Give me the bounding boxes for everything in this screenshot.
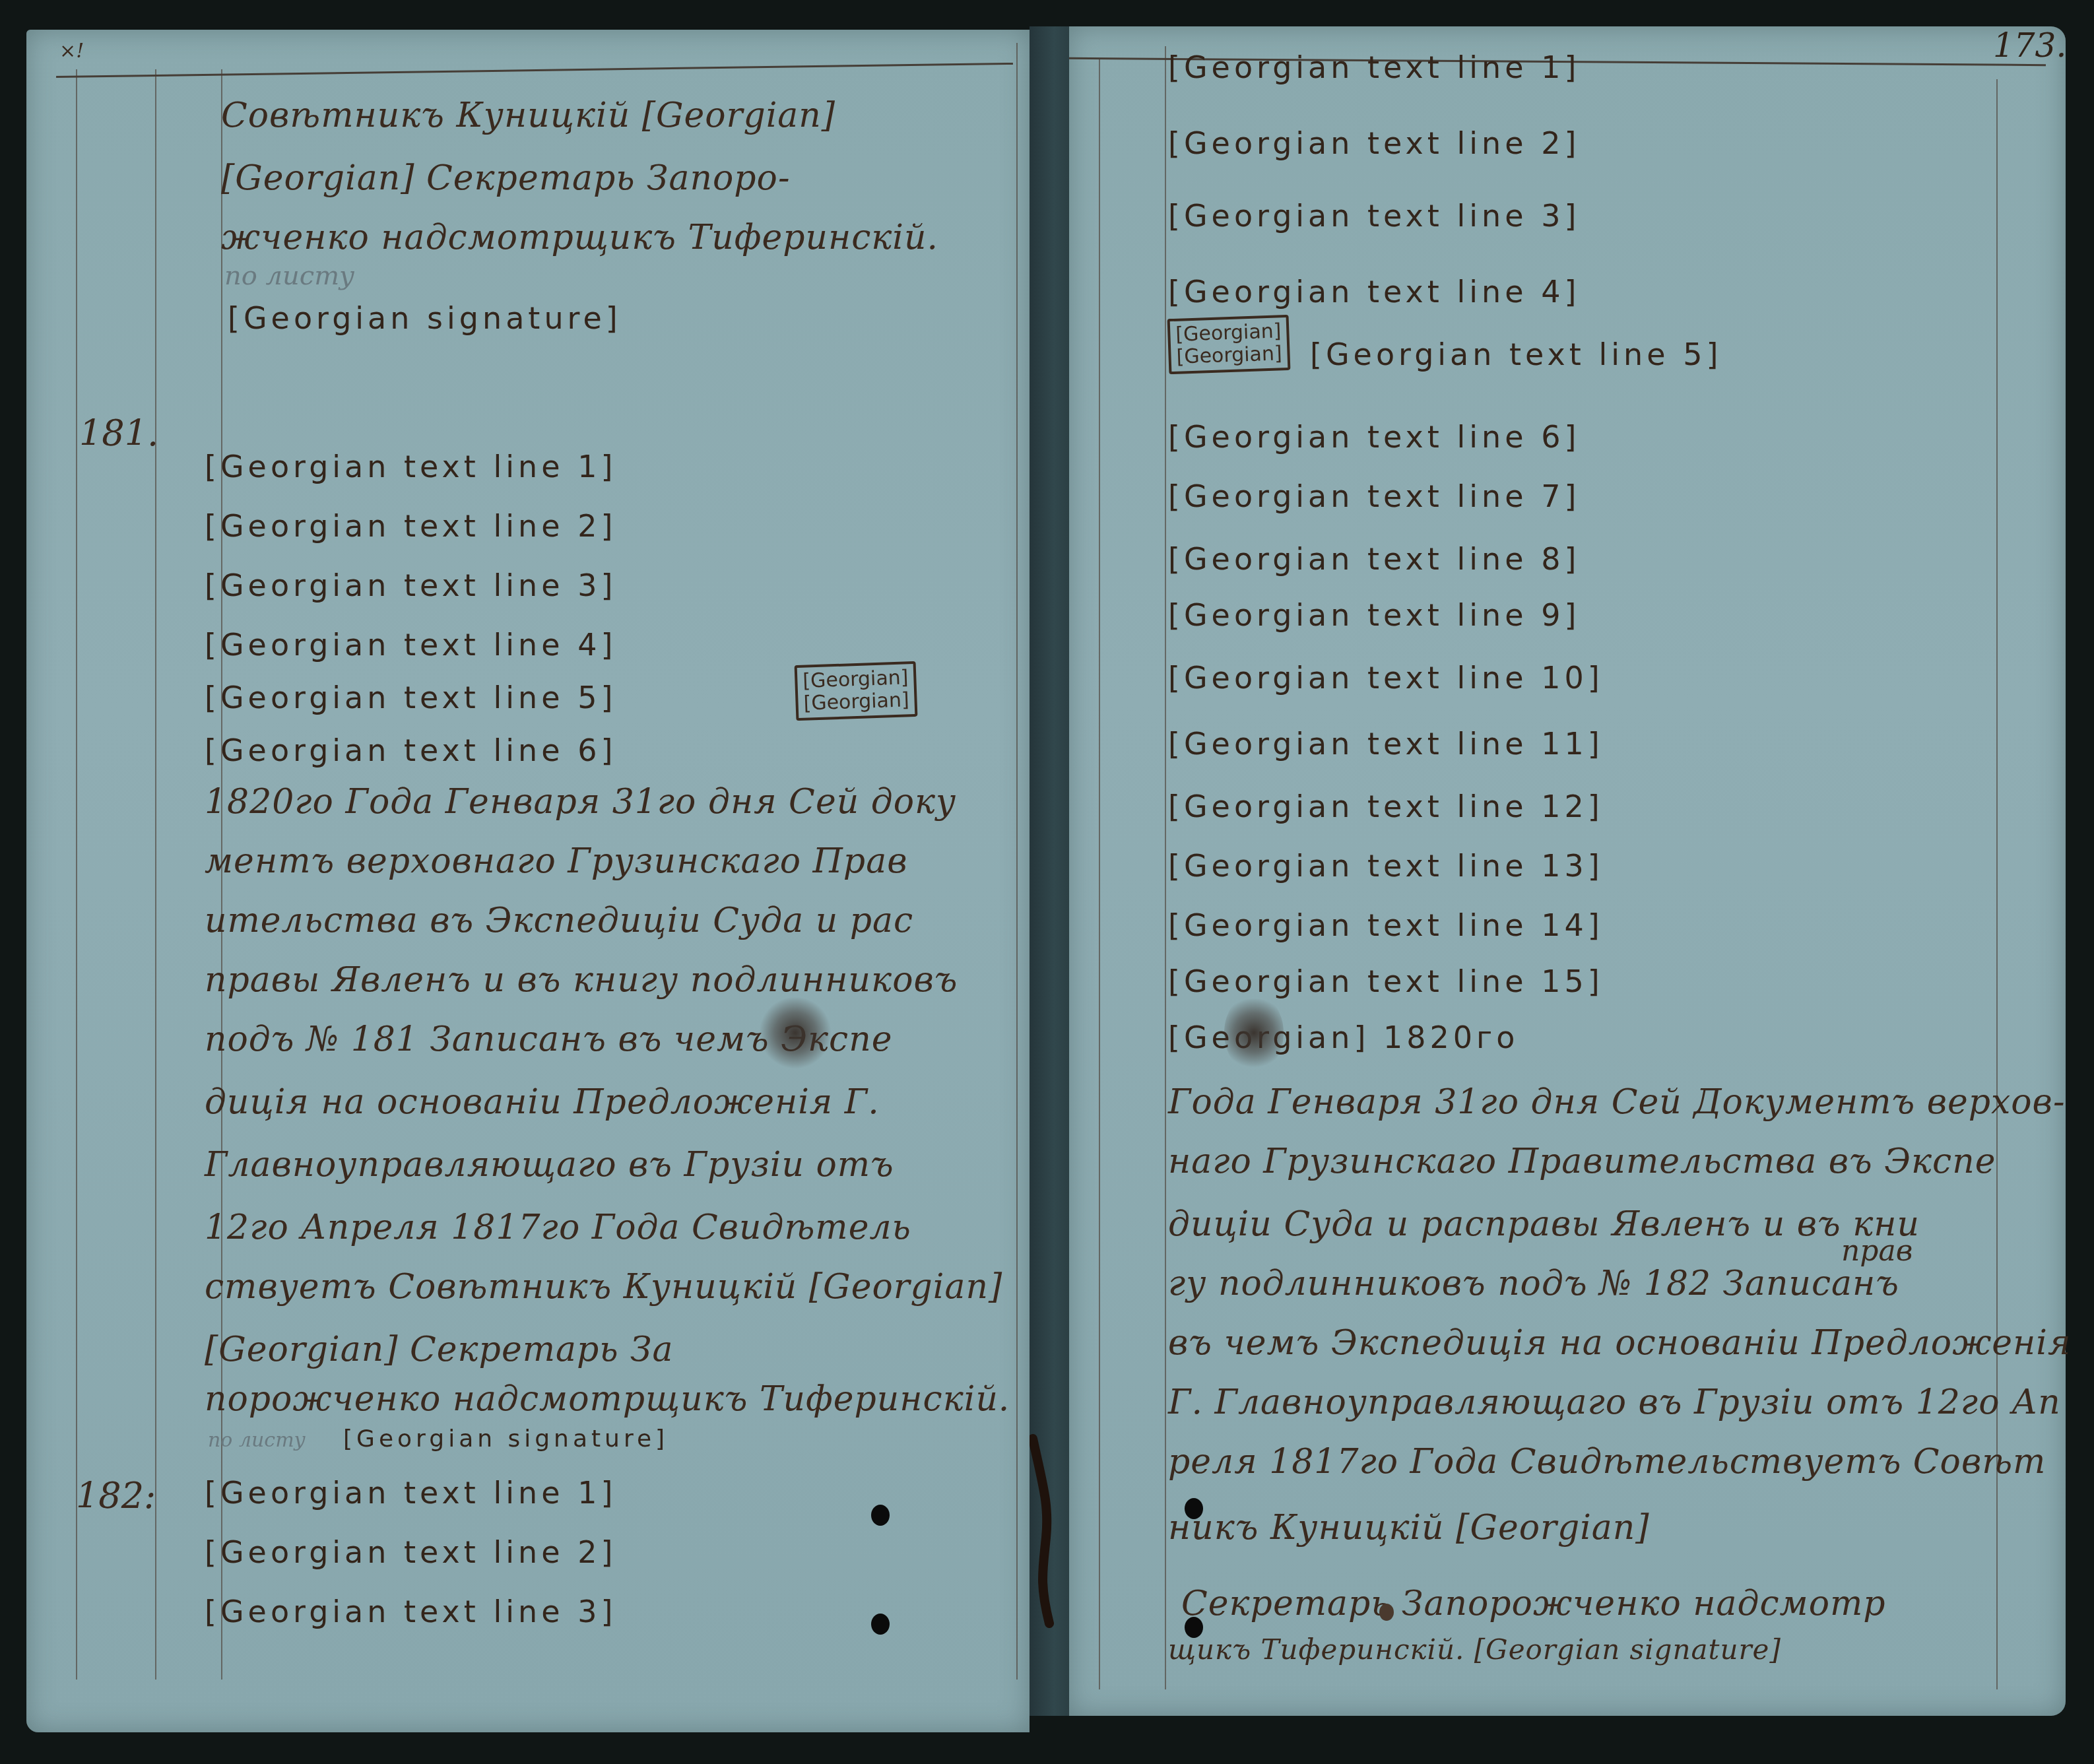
georgian-line: [Georgian text line 4] (205, 627, 616, 663)
georgian-line: [Georgian text line 3] (205, 568, 616, 603)
russian-line: диція на основаніи Предложенія Г. (205, 1082, 880, 1122)
russian-line: правы Явленъ и въ книгу подлинниковъ (205, 960, 958, 1000)
corner-mark: ×! (59, 40, 84, 63)
russian-line: щикъ Тиферинскій. [Georgian signature] (1168, 1633, 1781, 1666)
margin-rule (155, 69, 156, 1680)
georgian-line: [Georgian text line 8] (1168, 541, 1580, 577)
georgian-line: [Georgian text line 13] (1168, 848, 1604, 884)
ink-blot (759, 996, 832, 1069)
georgian-line: [Georgian] 1820го (1168, 1020, 1519, 1055)
entry-number: 182: (76, 1475, 156, 1517)
binding-hole (1185, 1617, 1203, 1638)
georgian-line: [Georgian text line 15] (1168, 964, 1604, 999)
georgian-line: [Georgian text line 2] (205, 508, 616, 544)
margin-rule (1165, 46, 1166, 1689)
georgian-line: [Georgian text line 6] (1168, 419, 1580, 455)
russian-line: [Georgian] Секретарь За (205, 1330, 674, 1369)
georgian-line: [Georgian text line 7] (1168, 478, 1580, 514)
georgian-line: [Georgian text line 6] (205, 733, 616, 768)
georgian-line: [Georgian text line 5] (205, 680, 616, 715)
russian-line: Г. Главноуправляющаго въ Грузіи отъ 12го… (1168, 1383, 2061, 1422)
russian-line: ительства въ Экспедиціи Суда и рас (205, 901, 913, 940)
georgian-line: [Georgian text line 11] (1168, 726, 1604, 762)
russian-line: гу подлинниковъ подъ № 182 Записанъ (1168, 1264, 1899, 1303)
georgian-line: [Georgian text line 14] (1168, 907, 1604, 943)
russian-line: порожченко надсмотрщикъ Тиферинскій. (205, 1379, 1010, 1419)
interlinear-note: прав (1841, 1234, 1913, 1268)
signature: [Georgian signature] (343, 1425, 669, 1453)
russian-line: въ чемъ Экспедиція на основаніи Предложе… (1168, 1323, 2071, 1363)
georgian-line: [Georgian text line 12] (1168, 789, 1604, 824)
georgian-line: [Georgian text line 1] (205, 449, 616, 484)
russian-line: 12го Апреля 1817го Года Свидѣтель (205, 1208, 911, 1247)
margin-rule (1099, 59, 1100, 1689)
russian-line: 1820го Года Генваря 31го дня Сей доку (205, 782, 956, 822)
russian-line: ствуетъ Совѣтникъ Куницкій [Georgian] (205, 1267, 1002, 1307)
binding-hole (871, 1614, 890, 1635)
ink-spot (1379, 1604, 1394, 1621)
georgian-line: [Georgian text line 2] (1168, 125, 1580, 161)
georgian-line: [Georgian text line 10] (1168, 660, 1604, 696)
pencil-note: по листу (208, 1429, 306, 1452)
georgian-line: [Georgian text line 9] (1168, 597, 1580, 633)
georgian-line: [Georgian text line 1] (205, 1475, 616, 1511)
text-line: [Georgian] Секретарь Запоро- (221, 158, 790, 198)
georgian-line: [Georgian text line 3] (1168, 198, 1580, 234)
registration-stamp: [Georgian] [Georgian] (795, 661, 918, 721)
registration-stamp: [Georgian] [Georgian] (1167, 315, 1291, 374)
russian-line: диціи Суда и расправы Явленъ и въ кни (1168, 1204, 1920, 1244)
text-line: Совѣтникъ Куницкій [Georgian] (221, 96, 835, 135)
binding-hole (871, 1505, 890, 1526)
signature: [Georgian signature] (228, 300, 622, 336)
entry-number: 181. (79, 412, 158, 454)
text-line: жченко надсмотрщикъ Тиферинскій. (221, 218, 938, 257)
russian-line: ментъ верховнаго Грузинскаго Прав (205, 841, 907, 881)
georgian-line: [Georgian text line 2] (205, 1534, 616, 1570)
binding-thread-icon (1030, 1432, 1056, 1637)
margin-rule (76, 69, 77, 1680)
folio-number: 173. (1993, 26, 2066, 65)
ink-blot (1224, 993, 1284, 1072)
binding-hole (1185, 1498, 1203, 1519)
georgian-line: [Georgian text line 1] (1168, 49, 1580, 85)
russian-line: Года Генваря 31го дня Сей Документъ верх… (1168, 1082, 2065, 1122)
pencil-note: по листу (224, 261, 354, 291)
russian-line: наго Грузинскаго Правительства въ Экспе (1168, 1142, 1996, 1181)
georgian-line: [Georgian text line 4] (1168, 274, 1580, 310)
russian-line: реля 1817го Года Свидѣтельствуетъ Совѣт (1168, 1442, 2046, 1482)
russian-line: никъ Куницкій [Georgian] (1168, 1508, 1650, 1548)
russian-line: Секретарь Запорожченко надсмотр (1181, 1584, 1886, 1623)
georgian-line: [Georgian text line 3] (205, 1594, 616, 1629)
margin-rule (1016, 43, 1018, 1680)
russian-line: Главноуправляющаго въ Грузіи отъ (205, 1145, 894, 1185)
georgian-line: [Georgian text line 5] (1310, 337, 1722, 372)
